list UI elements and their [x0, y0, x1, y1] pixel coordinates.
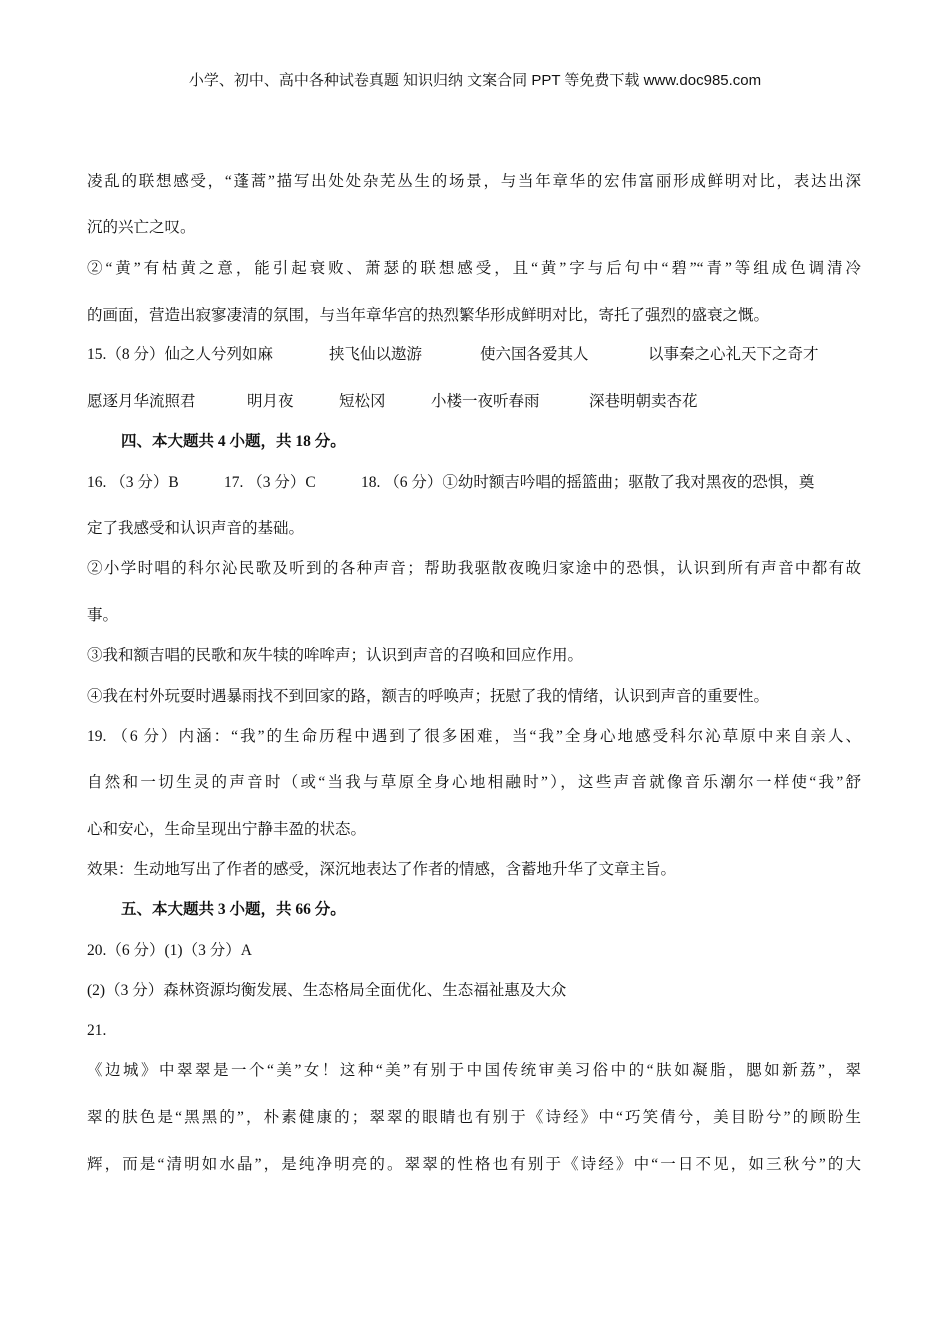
q15-answer: 以事秦之心礼天下之奇才	[648, 345, 819, 365]
paragraph-line: 辉，而是“清明如水晶”，是纯净明亮的。翠翠的性格也有别于《诗经》中“一日不见，如…	[87, 1155, 861, 1175]
q15-line-1: 15.（8 分）仙之人兮列如麻挟飞仙以遨游使六国各爱其人以事秦之心礼天下之奇才	[87, 345, 819, 365]
q15-answer: 小楼一夜听春雨	[431, 392, 589, 412]
paragraph-line: 20.（6 分）(1)（3 分）A	[87, 941, 252, 961]
paragraph-line: 自然和一切生灵的声音时（或“当我与草原全身心地相融时”），这些声音就像音乐潮尔一…	[87, 773, 861, 793]
paragraph-line: 凌乱的联想感受，“蓬蒿”描写出处处杂芜丛生的场景，与当年章华的宏伟富丽形成鲜明对…	[87, 172, 861, 192]
paragraph-line: 翠的肤色是“黑黑的”，朴素健康的；翠翠的眼睛也有别于《诗经》中“巧笑倩兮，美目盼…	[87, 1108, 861, 1128]
q15-answer: 短松冈	[339, 392, 431, 412]
section-heading-5: 五、本大题共 3 小题，共 66 分。	[121, 900, 346, 920]
paragraph-line: ②小学时唱的科尔沁民歌及听到的各种声音；帮助我驱散夜晚归家途中的恐惧，认识到所有…	[87, 559, 861, 579]
paragraph-line: ③我和额吉唱的民歌和灰牛犊的哞哞声；认识到声音的召唤和回应作用。	[87, 646, 583, 666]
q15-answer: 挟飞仙以遨游	[329, 345, 480, 365]
q15-answer: 使六国各爱其人	[480, 345, 648, 365]
q15-answer: 深巷明朝卖杏花	[589, 392, 698, 412]
paragraph-line: 的画面，营造出寂寥凄清的氛围，与当年章华宫的热烈繁华形成鲜明对比，寄托了强烈的盛…	[87, 306, 769, 326]
paragraph-line: 定了我感受和认识声音的基础。	[87, 519, 304, 539]
q15-answer: 愿逐月华流照君	[87, 392, 247, 412]
paragraph-line: ②“黄”有枯黄之意，能引起衰败、萧瑟的联想感受，且“黄”字与后句中“碧”“青”等…	[87, 259, 861, 279]
paragraph-line: 心和安心，生命呈现出宁静丰盈的状态。	[87, 820, 366, 840]
paragraph-line: 19. （6 分）内涵：“我”的生命历程中遇到了很多困难，当“我”全身心地感受科…	[87, 727, 861, 747]
q15-answer: 15.（8 分）仙之人兮列如麻	[87, 345, 329, 365]
paragraph-line: 沉的兴亡之叹。	[87, 218, 196, 238]
q18-answer: 18. （6 分）①幼时额吉吟唱的摇篮曲；驱散了我对黑夜的恐惧，奠	[361, 473, 814, 493]
paragraph-line: 21.	[87, 1021, 106, 1041]
paragraph-line: 效果：生动地写出了作者的感受，深沉地表达了作者的情感，含蓄地升华了文章主旨。	[87, 860, 676, 880]
q15-answer: 明月夜	[247, 392, 339, 412]
q16-18-line: 16. （3 分）B17. （3 分）C18. （6 分）①幼时额吉吟唱的摇篮曲…	[87, 473, 814, 493]
page-header-banner: 小学、初中、高中各种试卷真题 知识归纳 文案合同 PPT 等免费下载 www.d…	[0, 69, 950, 90]
q17-answer: 17. （3 分）C	[224, 473, 361, 493]
section-heading-4: 四、本大题共 4 小题，共 18 分。	[121, 432, 346, 452]
document-page: 小学、初中、高中各种试卷真题 知识归纳 文案合同 PPT 等免费下载 www.d…	[0, 0, 950, 1344]
q16-answer: 16. （3 分）B	[87, 473, 224, 493]
q15-line-2: 愿逐月华流照君明月夜短松冈小楼一夜听春雨深巷明朝卖杏花	[87, 392, 698, 412]
paragraph-line: ④我在村外玩耍时遇暴雨找不到回家的路，额吉的呼唤声；抚慰了我的情绪，认识到声音的…	[87, 687, 769, 707]
paragraph-line: (2)（3 分）森林资源均衡发展、生态格局全面优化、生态福祉惠及大众	[87, 981, 566, 1001]
paragraph-line: 《边城》中翠翠是一个“美”女！这种“美”有别于中国传统审美习俗中的“肤如凝脂，腮…	[87, 1061, 861, 1081]
paragraph-line: 事。	[87, 606, 118, 626]
